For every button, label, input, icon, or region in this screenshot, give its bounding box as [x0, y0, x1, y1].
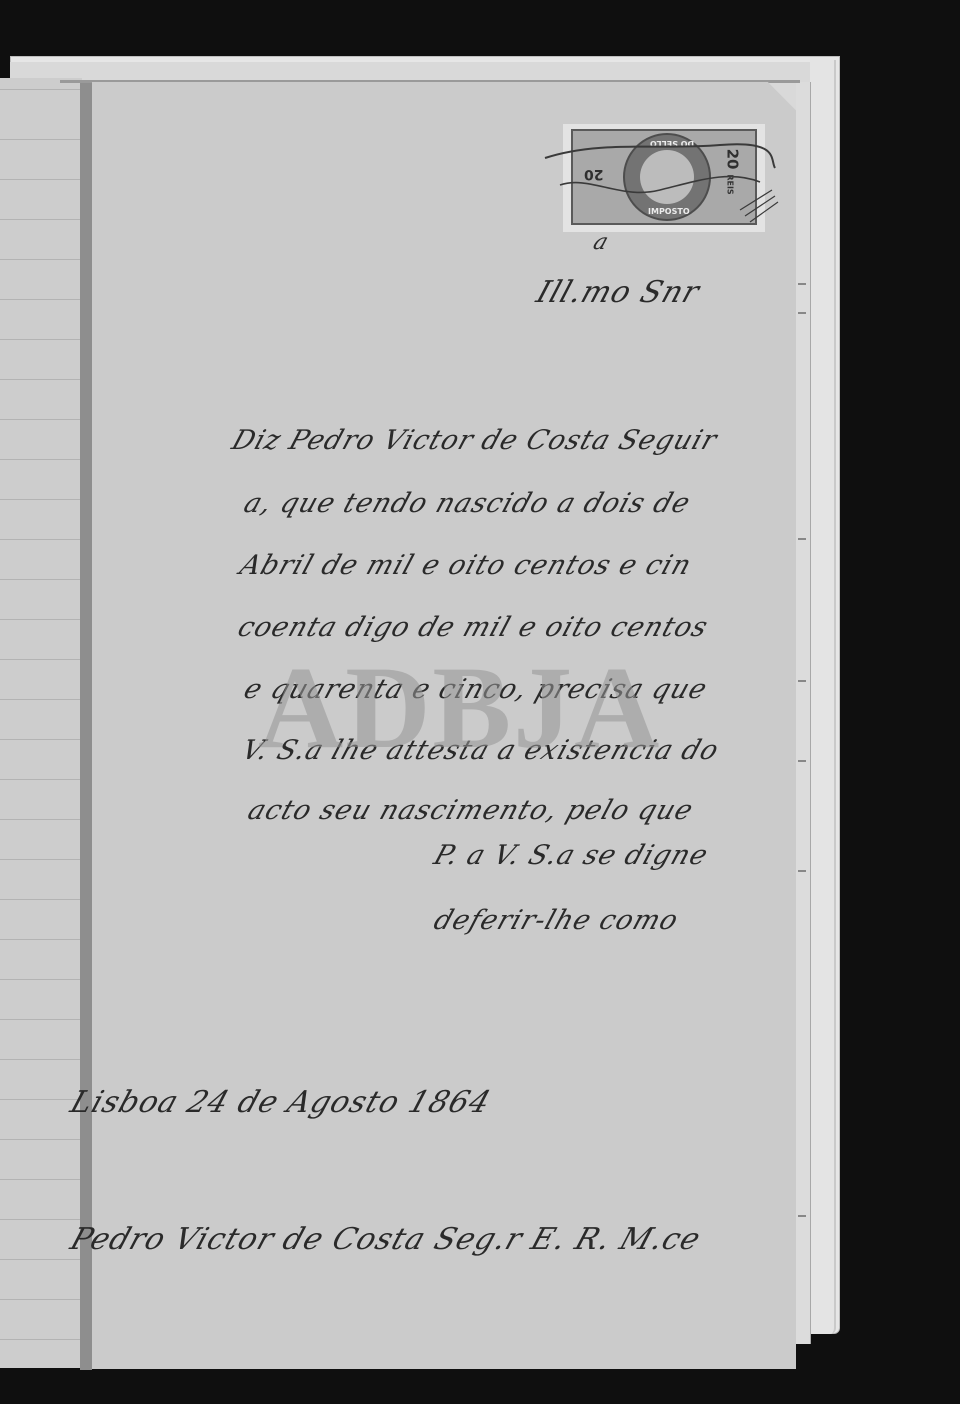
- margin-mark: [798, 283, 806, 285]
- margin-mark: [798, 760, 806, 762]
- left-ruled-page: [0, 78, 82, 1368]
- stamp-cancellation-scrawl: [540, 120, 780, 230]
- signature-line: Pedro Victor de Costa Seg.r E. R. M.ce: [66, 1222, 705, 1257]
- page-edge-outer: [810, 60, 836, 1334]
- margin-mark: [798, 312, 806, 314]
- salutation: Ill.mo Snr: [532, 275, 704, 310]
- body-line-7: acto seu nascimento, pelo que: [244, 795, 698, 826]
- date-line: Lisboa 24 de Agosto 1864: [66, 1085, 496, 1120]
- margin-mark: [798, 680, 806, 682]
- body-line-2: a, que tendo nascido a dois de: [240, 488, 695, 519]
- closing-line-2: deferir-lhe como: [430, 905, 683, 936]
- binding-gutter: [80, 80, 92, 1370]
- closing-line-1: P. a V. S.a se digne: [430, 840, 712, 871]
- margin-mark: [798, 1215, 806, 1217]
- body-line-4: coenta digo de mil e oito centos: [234, 612, 712, 643]
- body-line-1: Diz Pedro Victor de Costa Seguir: [228, 425, 721, 456]
- page-edge-inner: [796, 82, 811, 1344]
- archive-watermark: ADBJA: [258, 640, 661, 776]
- body-line-3: Abril de mil e oito centos e cin: [236, 550, 696, 581]
- margin-mark: [798, 538, 806, 540]
- margin-mark: [798, 870, 806, 872]
